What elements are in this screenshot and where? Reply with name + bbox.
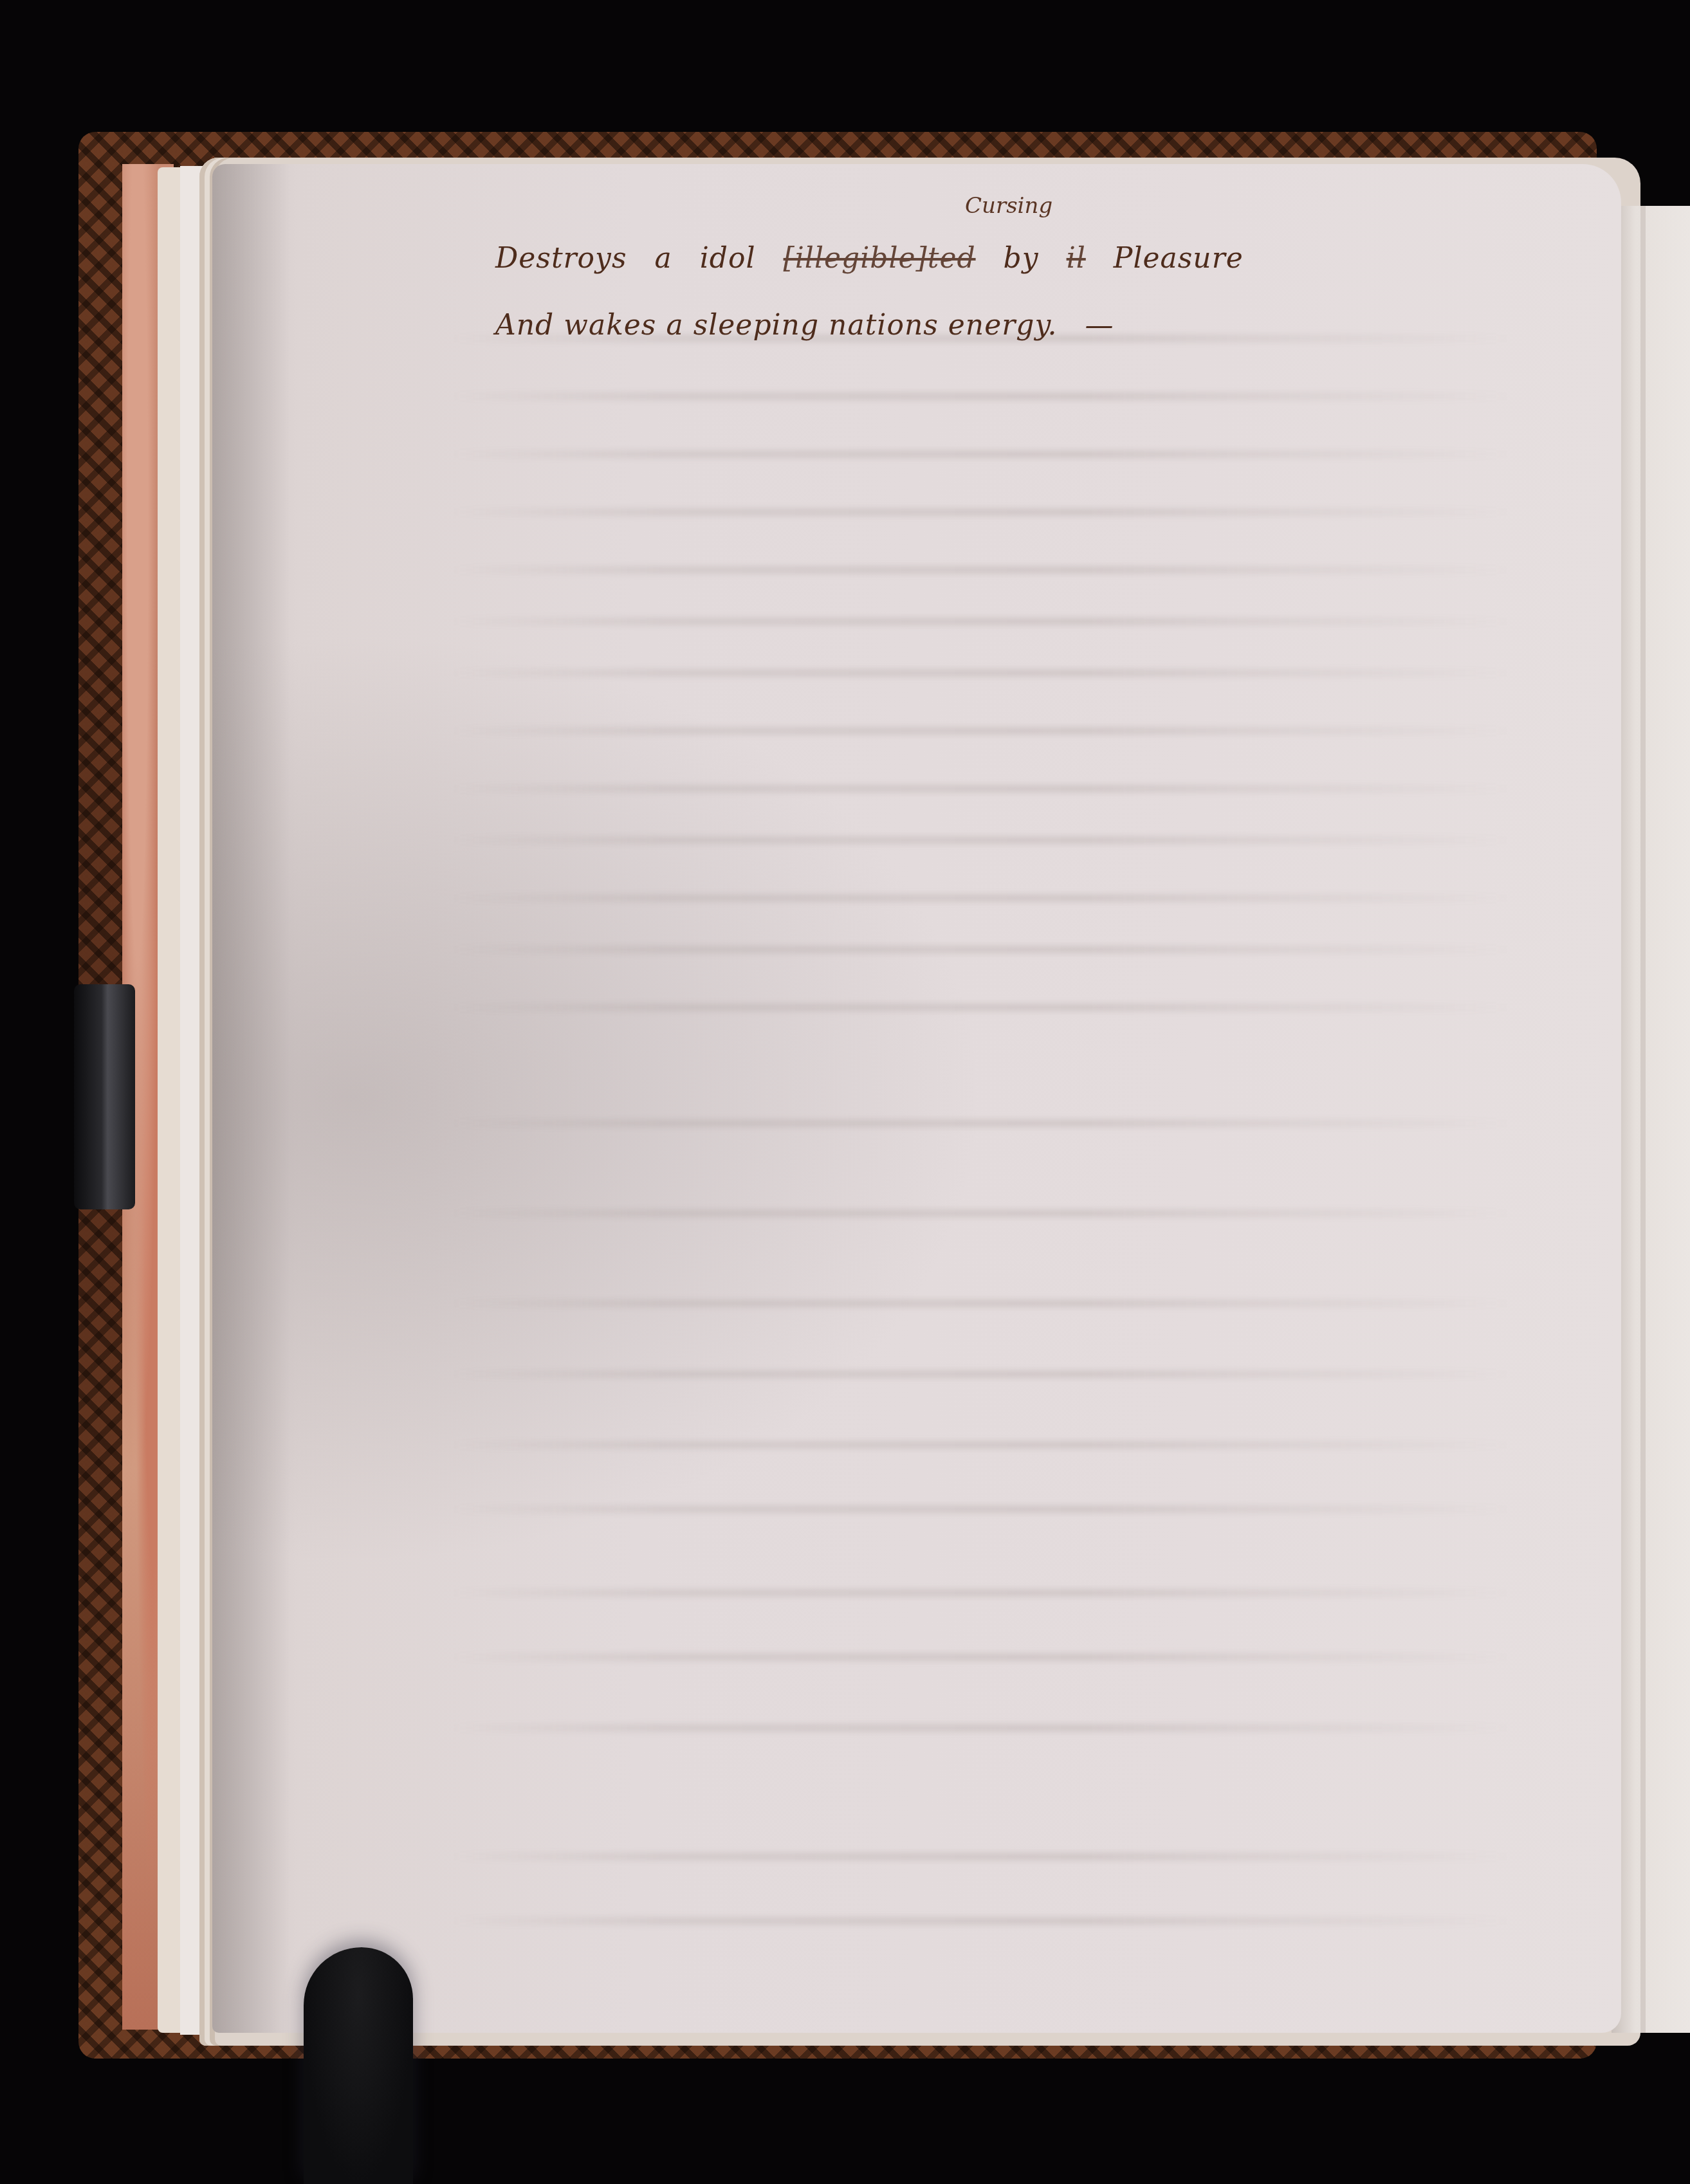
bleed-through-line bbox=[450, 1004, 1512, 1011]
struck-word: [illegible]ted bbox=[784, 244, 976, 273]
bleed-through-line bbox=[450, 727, 1512, 735]
bleed-through-line bbox=[450, 1724, 1512, 1732]
bleed-through-line bbox=[450, 1370, 1512, 1378]
bleed-through-line bbox=[450, 618, 1512, 625]
bleed-through-line bbox=[450, 1917, 1512, 1925]
bleed-through-line bbox=[450, 1119, 1512, 1127]
bleed-through-line bbox=[450, 450, 1512, 458]
bleed-through-line bbox=[450, 1299, 1512, 1307]
line-text: And wakes a sleeping nations energy. bbox=[495, 311, 1057, 340]
bleed-through-line bbox=[450, 785, 1512, 793]
interlinear-insertion: Cursing bbox=[965, 193, 1052, 219]
bleed-through-line bbox=[450, 1853, 1512, 1860]
bleed-through-line bbox=[450, 566, 1512, 574]
next-leaf-fold bbox=[1640, 206, 1646, 2033]
trailing-dash: — bbox=[1085, 311, 1114, 340]
next-leaf bbox=[1612, 206, 1690, 2033]
bleed-through-line bbox=[450, 1441, 1512, 1449]
gutter-shadow bbox=[212, 164, 289, 2033]
verse-line-2: And wakes a sleeping nations energy. — bbox=[495, 311, 1262, 340]
metal-clip bbox=[74, 984, 135, 1209]
manuscript-page bbox=[212, 164, 1621, 2033]
word: idol bbox=[700, 244, 756, 273]
struck-word: il bbox=[1067, 244, 1086, 273]
word: Destroys bbox=[495, 244, 627, 273]
bleed-through-line bbox=[450, 392, 1512, 400]
verse-line-1: Destroys a idol [illegible]ted by il Ple… bbox=[495, 244, 1262, 273]
bleed-through-line bbox=[450, 1589, 1512, 1597]
bleed-through-line bbox=[450, 894, 1512, 902]
bleed-through-line bbox=[450, 836, 1512, 844]
bleed-through-line bbox=[450, 1209, 1512, 1217]
bleed-through-line bbox=[450, 1505, 1512, 1513]
word: by bbox=[1004, 244, 1039, 273]
book-weight bbox=[304, 1947, 413, 2184]
word: a bbox=[655, 244, 672, 273]
bleed-through-line bbox=[450, 946, 1512, 953]
bleed-through-line bbox=[450, 1653, 1512, 1661]
handwritten-verse: Cursing Destroys a idol [illegible]ted b… bbox=[495, 193, 1262, 250]
bleed-through-line bbox=[450, 669, 1512, 677]
word: Pleasure bbox=[1114, 244, 1244, 273]
bleed-through-line bbox=[450, 508, 1512, 516]
